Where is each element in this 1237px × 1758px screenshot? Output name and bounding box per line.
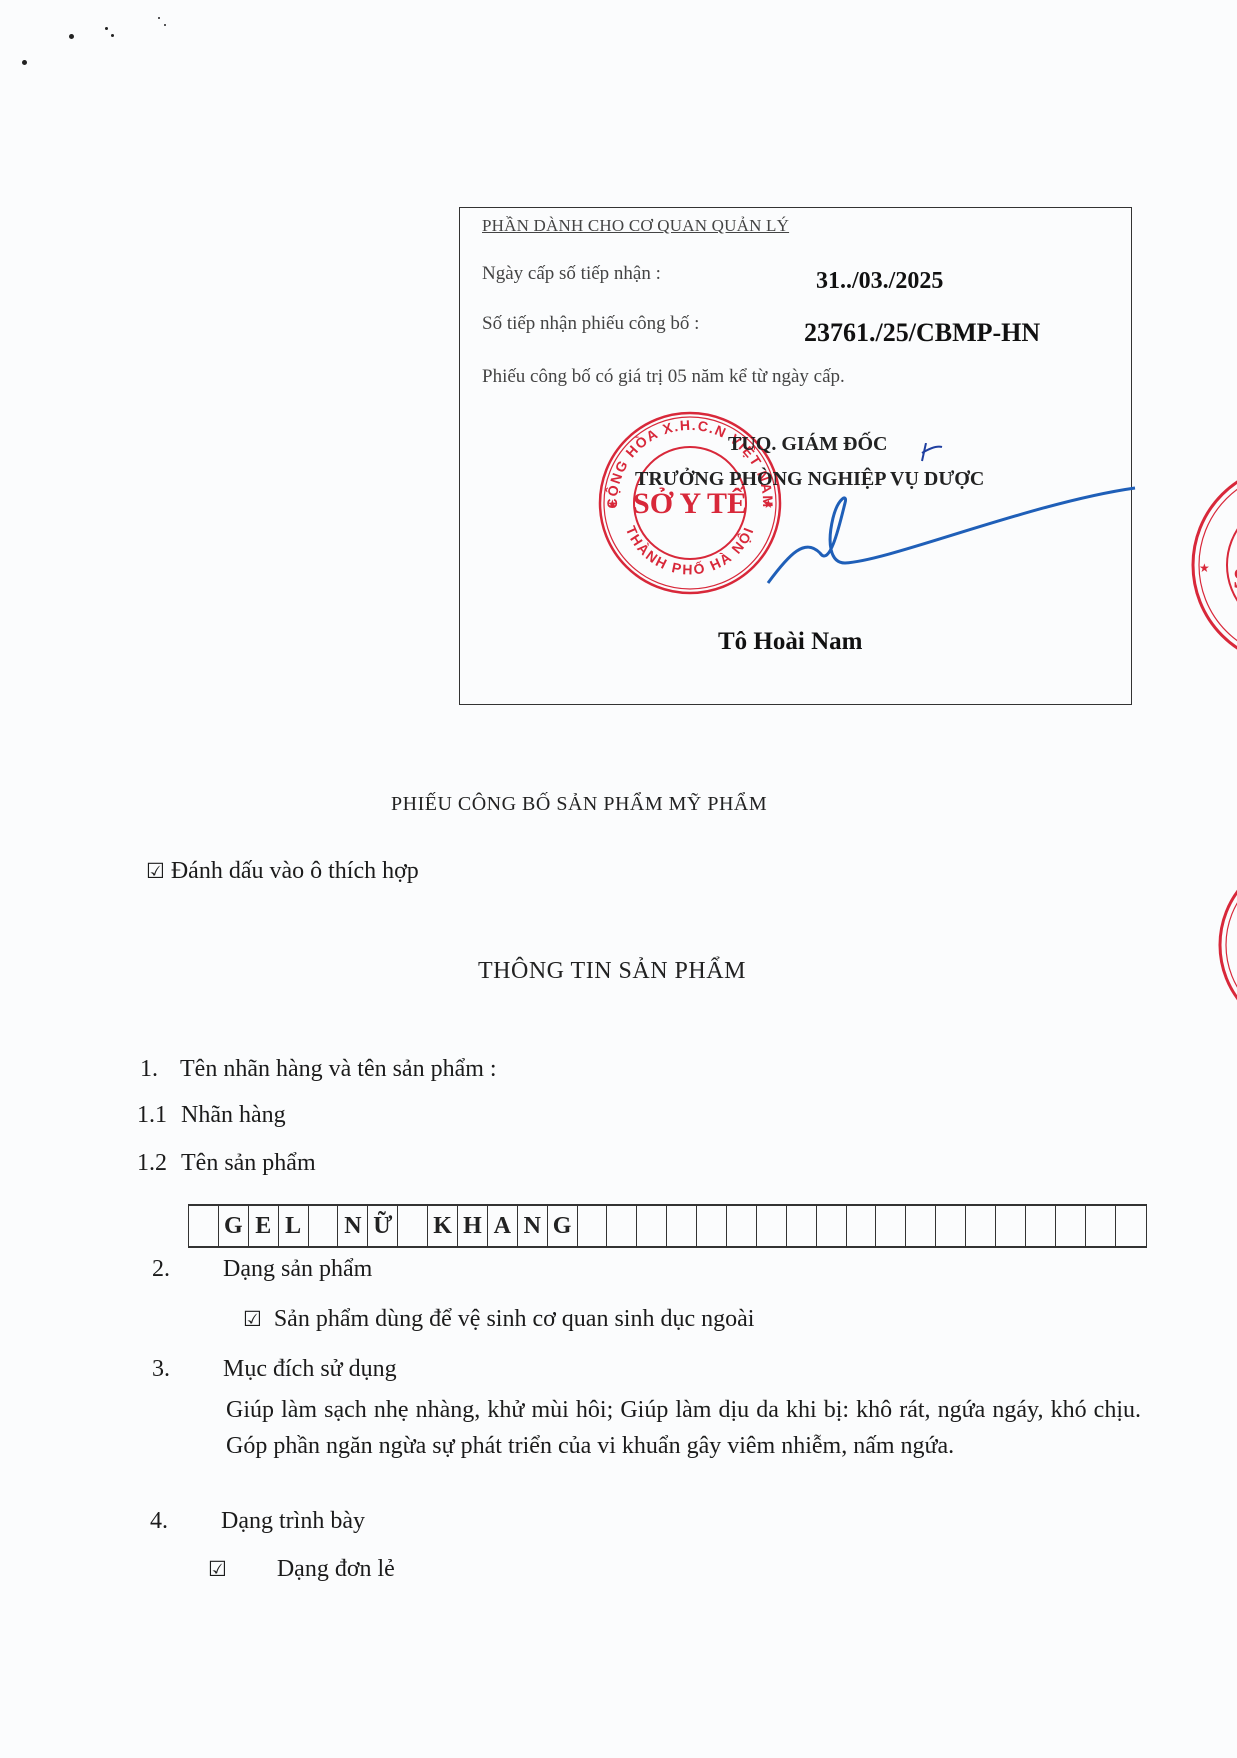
product-name-cell: Ữ: [368, 1206, 398, 1246]
product-name-cell: [817, 1206, 847, 1246]
item-label: Mục đích sử dụng: [223, 1356, 397, 1382]
item-2-option[interactable]: ☑ Sản phẩm dùng để vệ sinh cơ quan sinh …: [243, 1306, 754, 1333]
check-instruction-text: Đánh dấu vào ô thích hợp: [171, 858, 419, 884]
item-4: 4. Dạng trình bày: [150, 1508, 365, 1535]
scan-speck: [22, 60, 27, 65]
item-label: Tên sản phẩm: [181, 1150, 316, 1176]
item-number: 1.1: [137, 1102, 167, 1128]
product-name-cell: G: [548, 1206, 578, 1246]
checkbox-checked-icon[interactable]: ☑: [208, 1557, 227, 1581]
product-name-cell: [1056, 1206, 1086, 1246]
item-number: 2.: [152, 1256, 170, 1282]
receipt-number-label: Số tiếp nhận phiếu công bố :: [482, 313, 699, 335]
item-label: Nhãn hàng: [181, 1102, 286, 1128]
validity-note: Phiếu công bố có giá trị 05 năm kể từ ng…: [482, 366, 845, 388]
checkbox-checked-icon: ☑: [146, 859, 165, 883]
product-name-cell: [906, 1206, 936, 1246]
usage-purpose-text: Giúp làm sạch nhẹ nhàng, khử mùi hôi; Gi…: [226, 1392, 1141, 1464]
issue-date-label: Ngày cấp số tiếp nhận :: [482, 263, 661, 285]
product-name-cell: [1116, 1206, 1146, 1246]
product-name-cell: [757, 1206, 787, 1246]
product-name-cell: [309, 1206, 339, 1246]
svg-text:★: ★: [1199, 561, 1210, 575]
item-4-option[interactable]: ☑ Dạng đơn lẻ: [208, 1556, 395, 1583]
product-name-cell: [727, 1206, 757, 1246]
item-2-option-label: Sản phẩm dùng để vệ sinh cơ quan sinh dụ…: [274, 1306, 755, 1332]
svg-text:S: S: [1233, 562, 1237, 595]
product-name-cell: [996, 1206, 1026, 1246]
check-instruction: ☑ Đánh dấu vào ô thích hợp: [146, 858, 419, 885]
management-section-box: PHẦN DÀNH CHO CƠ QUAN QUẢN LÝ Ngày cấp s…: [459, 207, 1132, 705]
product-name-cell: A: [488, 1206, 518, 1246]
product-name-cell: [1026, 1206, 1056, 1246]
product-name-cell: G: [219, 1206, 249, 1246]
scan-speck: [69, 34, 74, 39]
product-name-cell: [936, 1206, 966, 1246]
svg-text:★: ★: [607, 497, 618, 511]
product-name-cell: L: [279, 1206, 309, 1246]
item-3: 3. Mục đích sử dụng: [152, 1356, 397, 1383]
management-section-title: PHẦN DÀNH CHO CƠ QUAN QUẢN LÝ: [482, 216, 789, 236]
partial-stamp-icon: ★ S: [1183, 460, 1237, 670]
product-name-cell: [398, 1206, 428, 1246]
scan-speck: [111, 34, 114, 37]
product-name-cell: [697, 1206, 727, 1246]
scan-speck: [158, 17, 160, 19]
product-name-cell: [787, 1206, 817, 1246]
scan-speck: [105, 27, 108, 30]
product-name-cell: H: [458, 1206, 488, 1246]
document-title: PHIẾU CÔNG BỐ SẢN PHẨM MỸ PHẨM: [391, 793, 767, 816]
item-1: 1. Tên nhãn hàng và tên sản phẩm :: [140, 1056, 497, 1083]
product-name-cell: [637, 1206, 667, 1246]
product-name-cell: [1086, 1206, 1116, 1246]
item-1-2: 1.2 Tên sản phẩm: [137, 1150, 316, 1177]
product-name-cell: [876, 1206, 906, 1246]
issue-date-value: 31../03./2025: [816, 268, 943, 295]
item-label: Dạng trình bày: [221, 1508, 365, 1534]
item-1-1: 1.1 Nhãn hàng: [137, 1102, 286, 1129]
checkbox-checked-icon[interactable]: ☑: [243, 1307, 262, 1331]
signature-icon: [730, 443, 1140, 593]
product-name-cell: [189, 1206, 219, 1246]
item-number: 1.2: [137, 1150, 167, 1176]
product-name-cell: N: [338, 1206, 368, 1246]
scan-speck: [164, 24, 166, 26]
product-name-cell: [847, 1206, 877, 1246]
item-label: Dạng sản phẩm: [223, 1256, 372, 1282]
item-2: 2. Dạng sản phẩm: [152, 1256, 372, 1283]
partial-stamp-icon: [1215, 870, 1237, 1020]
product-name-cell: [667, 1206, 697, 1246]
item-label: Tên nhãn hàng và tên sản phẩm :: [180, 1056, 497, 1082]
product-name-cell: [966, 1206, 996, 1246]
item-4-option-label: Dạng đơn lẻ: [277, 1556, 395, 1582]
item-number: 1.: [140, 1056, 158, 1082]
product-name-cell: [607, 1206, 637, 1246]
receipt-number-value: 23761./25/CBMP-HN: [804, 318, 1040, 348]
product-name-cell: [578, 1206, 608, 1246]
product-name-cell: E: [249, 1206, 279, 1246]
item-number: 4.: [150, 1508, 168, 1534]
signer-name: Tô Hoài Nam: [718, 628, 862, 656]
product-name-grid: GELNỮKHANG: [188, 1204, 1147, 1248]
product-name-cell: K: [428, 1206, 458, 1246]
item-number: 3.: [152, 1356, 170, 1382]
product-name-cell: N: [518, 1206, 548, 1246]
section-title: THÔNG TIN SẢN PHẨM: [478, 958, 746, 985]
